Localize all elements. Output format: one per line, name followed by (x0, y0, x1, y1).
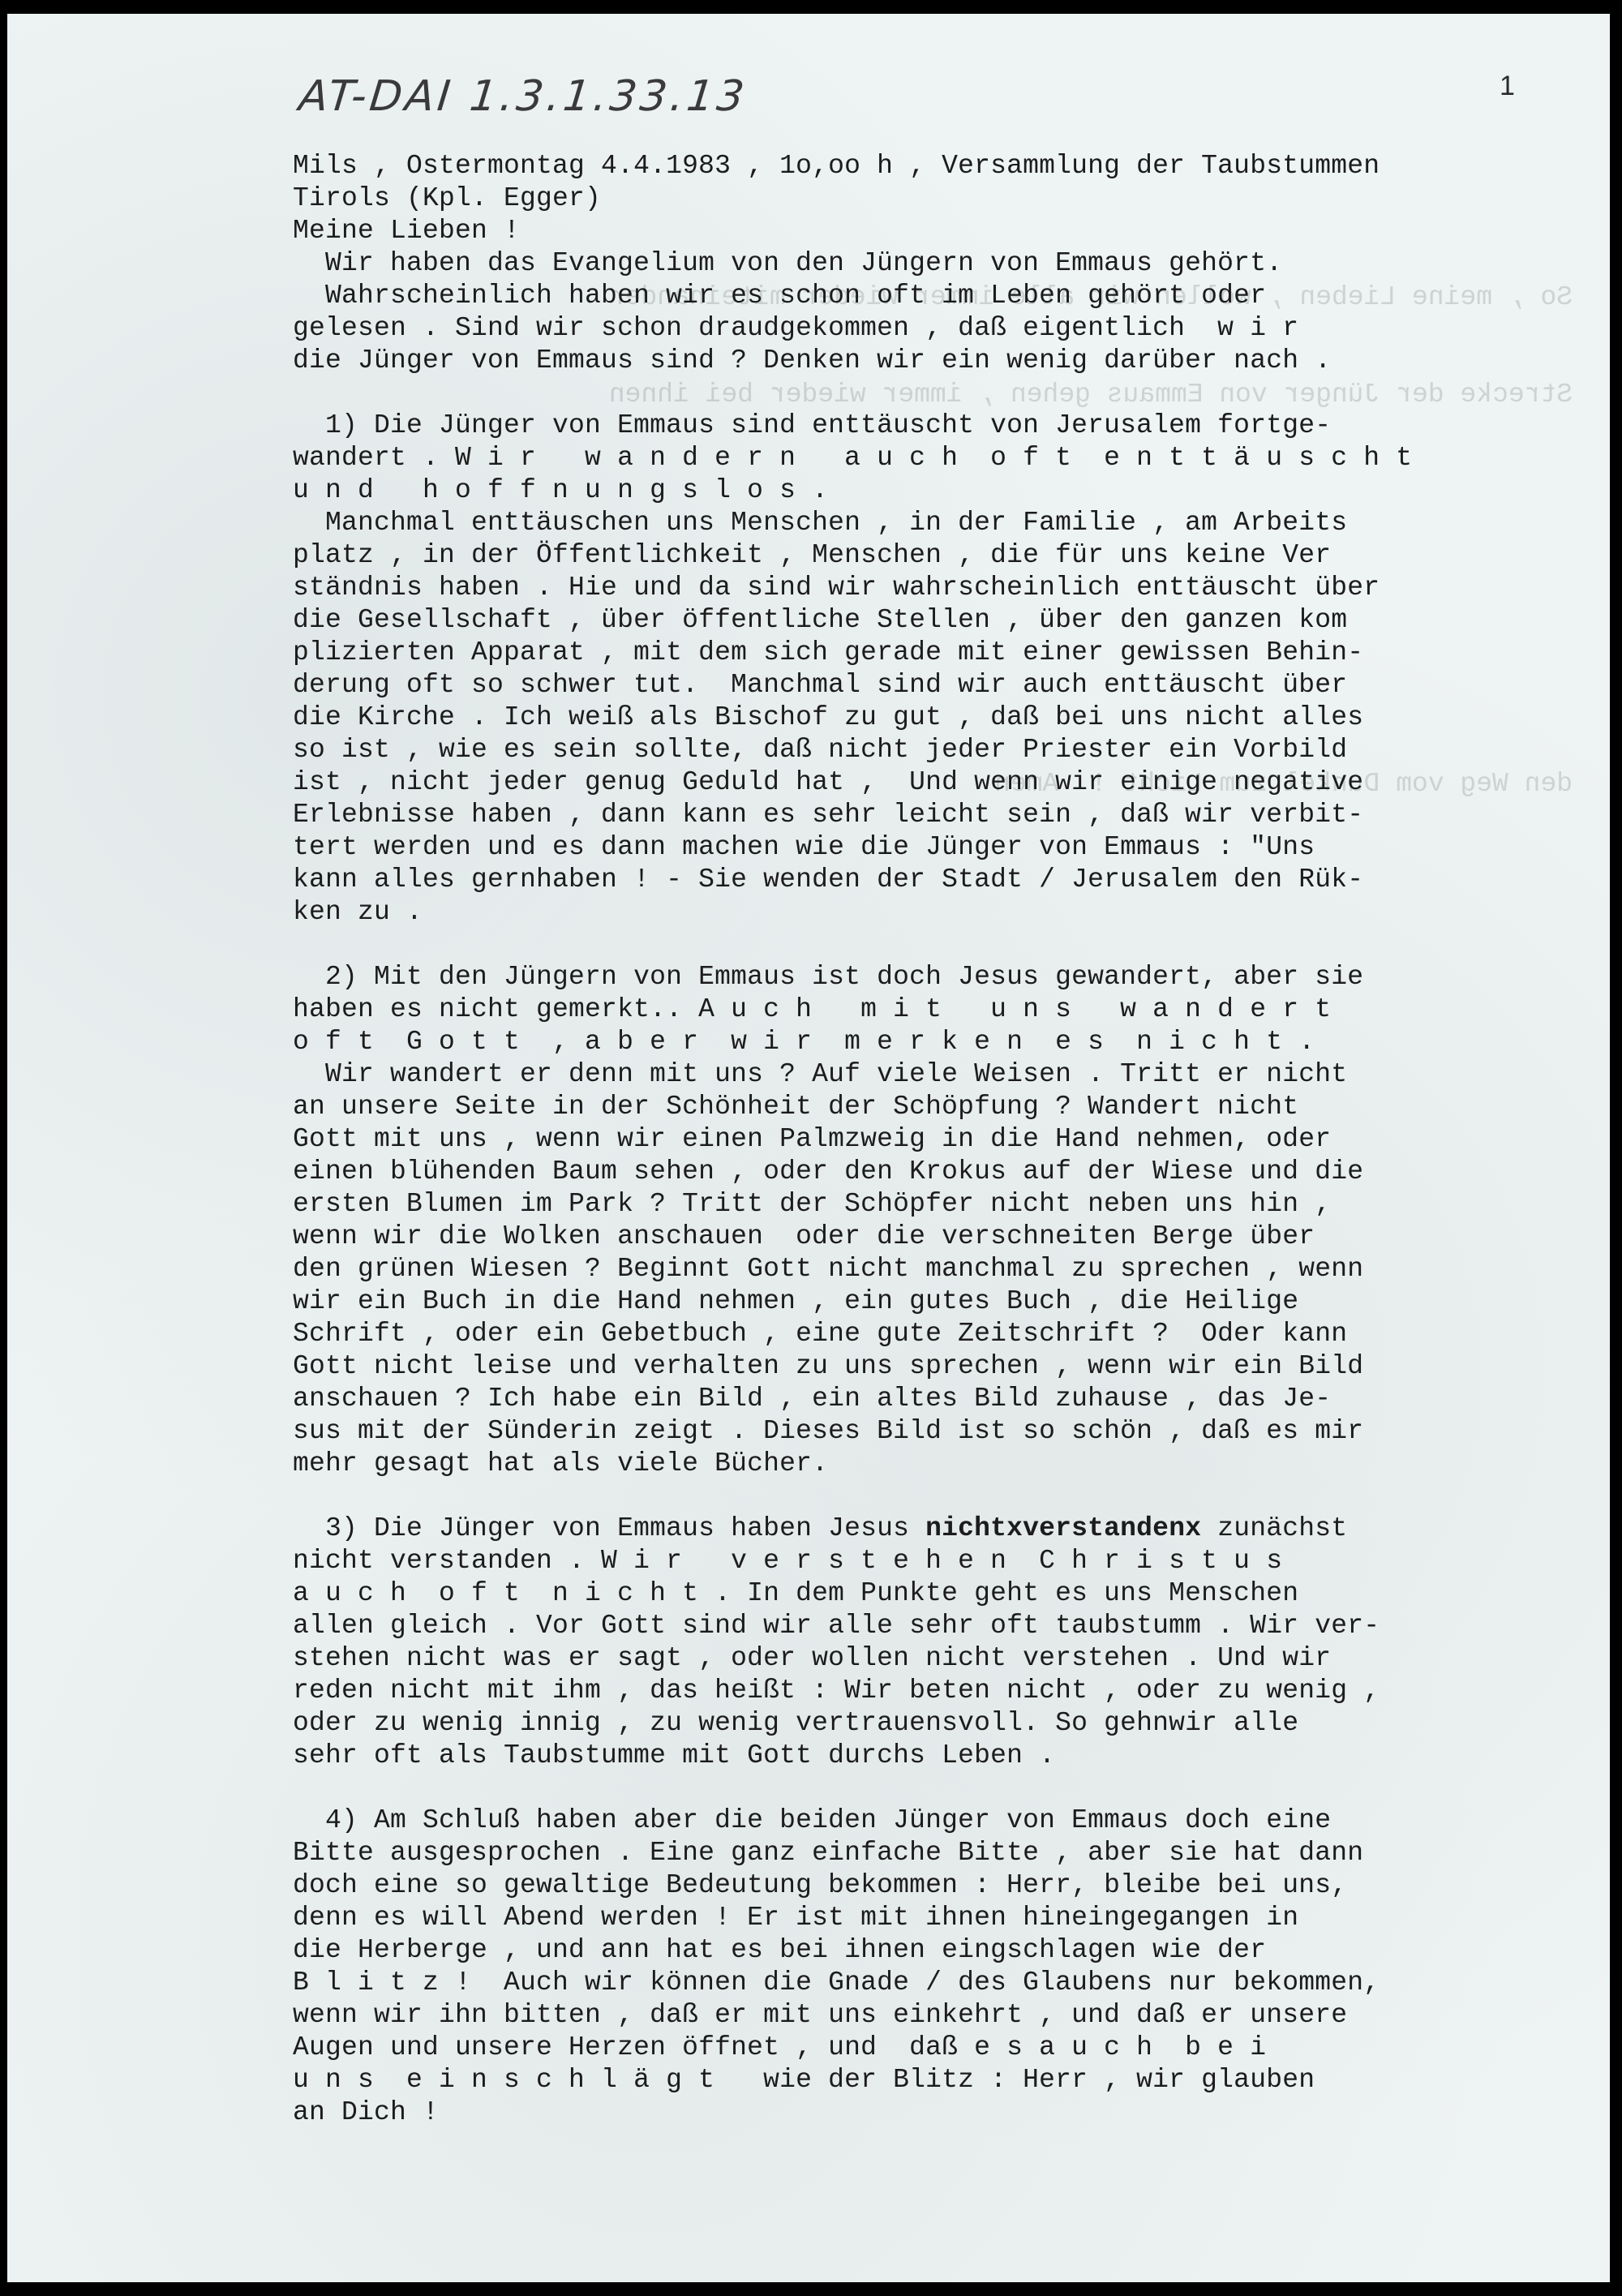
section-line: ist , nicht jeder genug Geduld hat , Und… (293, 766, 1622, 799)
section-line-start: 3) Die Jünger von Emmaus haben Jesus (293, 1513, 925, 1543)
header-line: Mils , Ostermontag 4.4.1983 , 1o,oo h , … (293, 150, 1622, 182)
section-line: derung oft so schwer tut. Manchmal sind … (293, 669, 1622, 702)
section-line: Augen und unsere Herzen öffnet , und daß… (293, 2032, 1622, 2064)
section-line: reden nicht mit ihm , das heißt : Wir be… (293, 1675, 1622, 1707)
section-line: einen blühenden Baum sehen , oder den Kr… (293, 1156, 1622, 1188)
section-line: wenn wir ihn bitten , daß er mit uns ein… (293, 1999, 1622, 2032)
document-page: So , meine Lieben , wollen wir alle imme… (7, 14, 1610, 2282)
section-line: oder zu wenig innig , zu wenig vertrauen… (293, 1707, 1622, 1740)
section-line: nicht verstanden . W i r v e r s t e h e… (293, 1545, 1622, 1577)
section-line: 2) Mit den Jüngern von Emmaus ist doch J… (293, 961, 1622, 994)
paragraph-gap (293, 929, 1622, 961)
section-line: Wir wandert er denn mit uns ? Auf viele … (293, 1058, 1622, 1091)
section-line: doch eine so gewaltige Bedeutung bekomme… (293, 1869, 1622, 1902)
section-line: Schrift , oder ein Gebetbuch , eine gute… (293, 1318, 1622, 1350)
section-line: mehr gesagt hat als viele Bücher. (293, 1448, 1622, 1480)
section-line: anschauen ? Ich habe ein Bild , ein alte… (293, 1383, 1622, 1415)
section-line: o f t G o t t , a b e r w i r m e r k e … (293, 1026, 1622, 1058)
section-line: platz , in der Öffentlichkeit , Menschen… (293, 539, 1622, 572)
intro-line: die Jünger von Emmaus sind ? Denken wir … (293, 345, 1622, 377)
section-line: u n d h o f f n u n g s l o s . (293, 474, 1622, 507)
section-line: B l i t z ! Auch wir können die Gnade / … (293, 1967, 1622, 1999)
section-line: 4) Am Schluß haben aber die beiden Jünge… (293, 1805, 1622, 1837)
section-line: denn es will Abend werden ! Er ist mit i… (293, 1902, 1622, 1934)
section-line: u n s e i n s c h l ä g t wie der Blitz … (293, 2064, 1622, 2096)
section-line: Bitte ausgesprochen . Eine ganz einfache… (293, 1837, 1622, 1869)
section-line: an Dich ! (293, 2096, 1622, 2129)
paragraph-gap (293, 377, 1622, 410)
section-line: Manchmal enttäuschen uns Menschen , in d… (293, 507, 1622, 539)
section-line: a u c h o f t n i c h t . In dem Punkte … (293, 1577, 1622, 1610)
struck-out-text: nichtxverstandenx (925, 1513, 1201, 1543)
section-line: ersten Blumen im Park ? Tritt der Schöpf… (293, 1188, 1622, 1221)
section-line: haben es nicht gemerkt.. A u c h m i t u… (293, 994, 1622, 1026)
section-line: ken zu . (293, 896, 1622, 929)
page-number: 1 (1500, 71, 1515, 102)
section-line: wenn wir die Wolken anschauen oder die v… (293, 1221, 1622, 1253)
section-line: Erlebnisse haben , dann kann es sehr lei… (293, 799, 1622, 831)
section-line: tert werden und es dann machen wie die J… (293, 831, 1622, 864)
section-line: kann alles gernhaben ! - Sie wenden der … (293, 864, 1622, 896)
section-line-end: zunächst (1201, 1513, 1347, 1543)
section-line: sehr oft als Taubstumme mit Gott durchs … (293, 1740, 1622, 1772)
salutation: Meine Lieben ! (293, 215, 1622, 247)
intro-line: Wir haben das Evangelium von den Jüngern… (293, 247, 1622, 280)
section-2: 2) Mit den Jüngern von Emmaus ist doch J… (293, 961, 1622, 1480)
intro-line: Wahrscheinlich haben wir es schon oft im… (293, 280, 1622, 312)
section-line: stehen nicht was er sagt , oder wollen n… (293, 1642, 1622, 1675)
section-line: Gott mit uns , wenn wir einen Palmzweig … (293, 1123, 1622, 1156)
archive-signature: AT-DAI 1.3.1.33.13 (297, 72, 749, 121)
section-line: die Gesellschaft , über öffentliche Stel… (293, 604, 1622, 637)
section-line: an unsere Seite in der Schönheit der Sch… (293, 1091, 1622, 1123)
section-line: 3) Die Jünger von Emmaus haben Jesus nic… (293, 1513, 1622, 1545)
section-line: allen gleich . Vor Gott sind wir alle se… (293, 1610, 1622, 1642)
intro-line: gelesen . Sind wir schon draudgekommen ,… (293, 312, 1622, 345)
section-line: plizierten Apparat , mit dem sich gerade… (293, 637, 1622, 669)
header-line: Tirols (Kpl. Egger) (293, 182, 1622, 215)
section-line: Gott nicht leise und verhalten zu uns sp… (293, 1350, 1622, 1383)
section-line: die Herberge , und ann hat es bei ihnen … (293, 1934, 1622, 1967)
section-line: 1) Die Jünger von Emmaus sind enttäuscht… (293, 410, 1622, 442)
section-line: ständnis haben . Hie und da sind wir wah… (293, 572, 1622, 604)
section-4: 4) Am Schluß haben aber die beiden Jünge… (293, 1805, 1622, 2129)
paragraph-gap (293, 1772, 1622, 1805)
section-line: sus mit der Sünderin zeigt . Dieses Bild… (293, 1415, 1622, 1448)
typed-text-body: Mils , Ostermontag 4.4.1983 , 1o,oo h , … (293, 150, 1622, 2129)
paragraph-gap (293, 1480, 1622, 1513)
section-line: die Kirche . Ich weiß als Bischof zu gut… (293, 702, 1622, 734)
section-line: wir ein Buch in die Hand nehmen , ein gu… (293, 1285, 1622, 1318)
section-line: wandert . W i r w a n d e r n a u c h o … (293, 442, 1622, 474)
section-line: den grünen Wiesen ? Beginnt Gott nicht m… (293, 1253, 1622, 1285)
section-line: so ist , wie es sein sollte, daß nicht j… (293, 734, 1622, 766)
section-1: 1) Die Jünger von Emmaus sind enttäuscht… (293, 410, 1622, 929)
section-3: 3) Die Jünger von Emmaus haben Jesus nic… (293, 1513, 1622, 1772)
